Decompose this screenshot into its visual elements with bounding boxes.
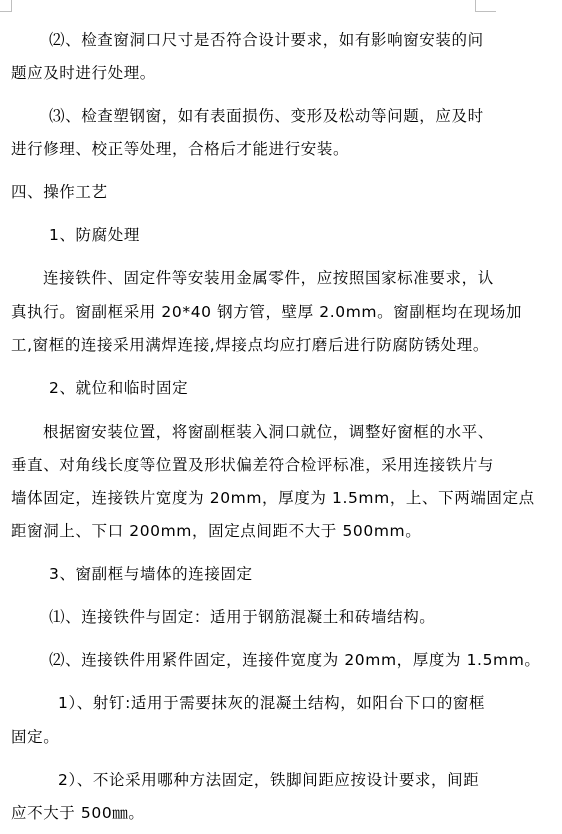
- paragraph-line: 真执行。窗副框采用 20*40 钢方管，壁厚 2.0mm。窗副框均在现场加: [11, 302, 522, 322]
- paragraph-line: 连接铁件、固定件等安装用金属零件，应按照国家标准要求，认: [43, 268, 494, 288]
- list-item: 1）、射钉:适用于需要抹灰的混凝土结构，如阳台下口的窗框: [58, 693, 485, 713]
- paragraph-line: 进行修理、校正等处理，合格后才能进行安装。: [11, 139, 349, 159]
- subsection-heading: 3、窗副框与墙体的连接固定: [49, 564, 253, 584]
- list-item: ⑴、连接铁件与固定：适用于钢筋混凝土和砖墙结构。: [49, 607, 435, 627]
- paragraph-line: 距窗洞上、下口 200mm，固定点间距不大于 500mm。: [11, 521, 421, 541]
- paragraph-line: 题应及时进行处理。: [11, 63, 156, 83]
- paragraph-line: 工,窗框的连接采用满焊连接,焊接点均应打磨后进行防腐防锈处理。: [11, 335, 489, 355]
- subsection-heading: 1、防腐处理: [49, 225, 140, 245]
- paragraph-line: ⑶、检查塑钢窗，如有表面损伤、变形及松动等问题，应及时: [49, 106, 484, 126]
- subsection-heading: 2、就位和临时固定: [49, 378, 188, 398]
- paragraph-line: ⑵、检查窗洞口尺寸是否符合设计要求，如有影响窗安装的问: [49, 30, 484, 50]
- paragraph-line: 垂直、对角线长度等位置及形状偏差符合检评标准，采用连接铁片与: [11, 455, 494, 475]
- paragraph-line: 墙体固定，连接铁片宽度为 20mm，厚度为 1.5mm，上、下两端固定点: [11, 488, 535, 508]
- paragraph-line: 根据窗安装位置，将窗副框装入洞口就位，调整好窗框的水平、: [43, 422, 494, 442]
- page-margin-mark-right: [475, 0, 496, 12]
- paragraph-line: 固定。: [11, 727, 59, 747]
- section-heading: 四、操作工艺: [11, 182, 108, 202]
- paragraph-line: 应不大于 500㎜。: [11, 803, 145, 823]
- page-margin-mark-left: [0, 0, 12, 12]
- list-item: 2）、不论采用哪种方法固定，铁脚间距应按设计要求，间距: [58, 770, 479, 790]
- list-item: ⑵、连接铁件用紧件固定，连接件宽度为 20mm，厚度为 1.5mm。: [49, 650, 541, 670]
